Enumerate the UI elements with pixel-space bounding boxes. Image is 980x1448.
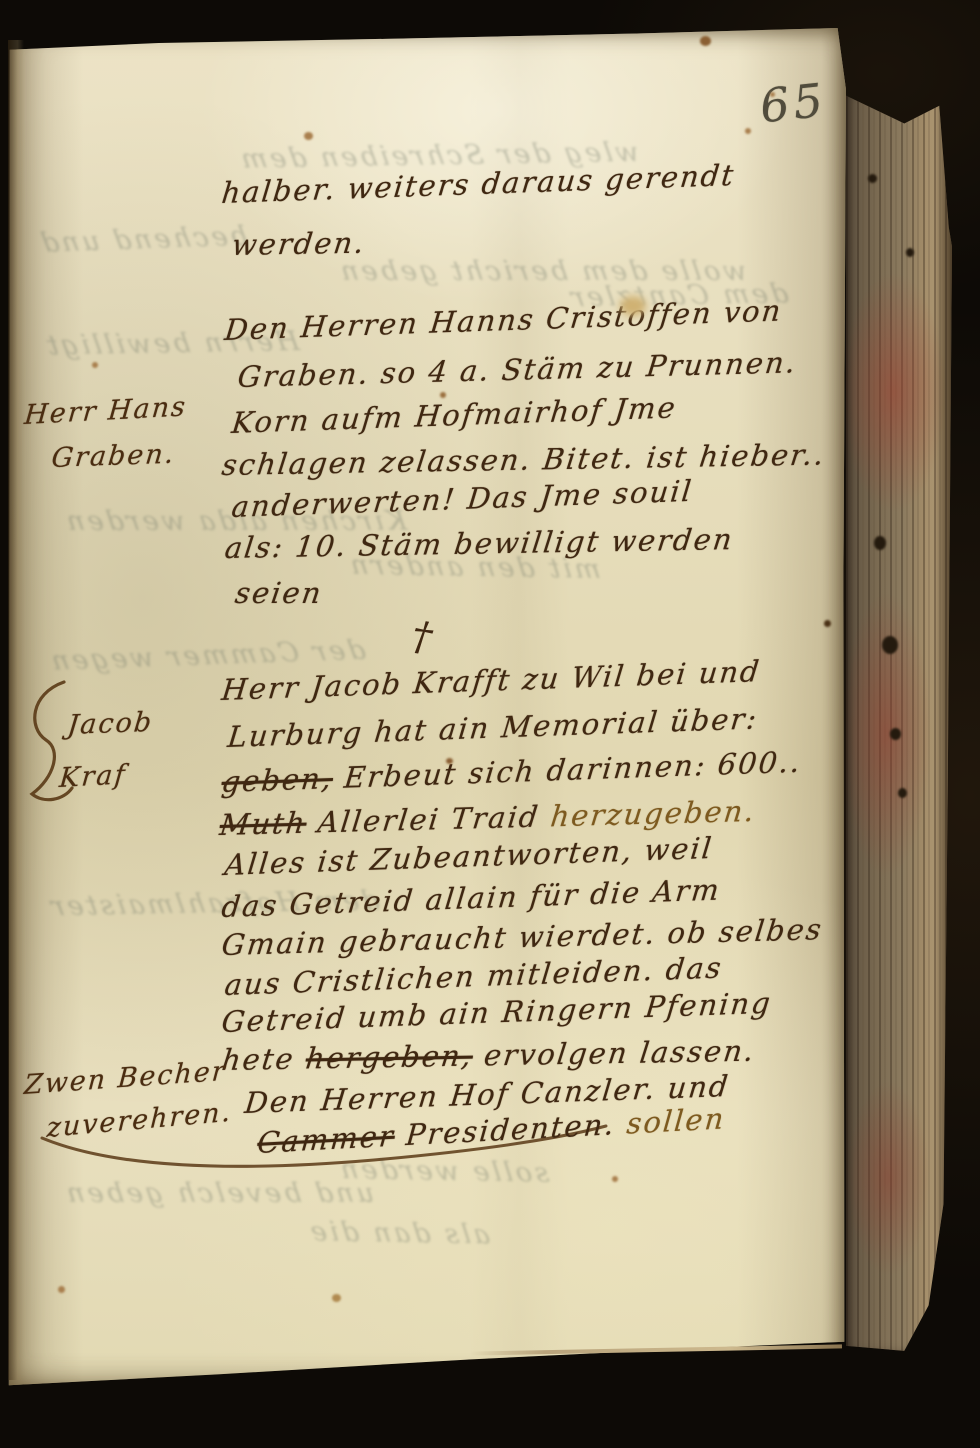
foxing-spot [92,362,98,368]
text-line: Herr Jacob Krafft zu Wil bei und [220,654,763,707]
text-line: Lurburg hat ain Memorial über: [226,701,760,754]
text-line: werden. [230,226,368,262]
margin-note-line: Zwen Becher [23,1056,228,1101]
ghost-text-line: als dan die [306,1216,492,1250]
text-line: geben, Erbeut sich darinnen: 600.. [220,745,803,799]
insertion-cross-mark: † [409,613,435,661]
text-line: Graben. so 4 a. Stäm zu Prunnen. [236,345,799,394]
text-segment: Allerlei Traid [305,799,553,840]
fore-edge-spot [906,248,914,257]
foxing-spot [304,132,313,140]
fore-edge-spot [868,174,877,183]
fore-edge-spot [882,636,898,654]
book-fore-edge [846,88,952,1356]
margin-note-line: Jacob [66,707,155,741]
margin-note-line: Kraf [58,759,128,794]
text-line: Korn aufm Hofmairhof Jme [230,390,679,440]
foxing-spot [612,1176,618,1182]
text-segment: hete [220,1041,308,1077]
fore-edge-spot [898,788,907,798]
text-line: Den Herren Hanns Cristoffen von [223,293,784,347]
text-segment: Erbeut sich darinnen: 600.. [331,745,803,796]
foxing-spot [332,1294,341,1302]
fore-edge-spot [890,728,901,740]
foxing-spot [700,36,711,46]
text-segment: ervolgen lassen. [471,1034,758,1073]
light-ink-word: sollen [625,1101,727,1140]
text-line: anderwerten! Das Jme souil [230,474,695,524]
fore-edge-spot [874,536,886,550]
strikethrough-word: hergeben, [304,1039,475,1076]
manuscript-page: 65 wleg der Schreiben dem bechend und wo… [8,28,846,1388]
ghost-text-line: wolle dem bericht geben [336,256,749,287]
foxing-spot [58,1286,65,1293]
strikethrough-word: Muth [218,806,309,842]
ghost-text-line: und bevelch geben [62,1178,376,1209]
foxing-spot [745,128,751,134]
margin-note-line: Graben. [50,439,177,474]
ghost-text-line: bechend und [36,220,250,258]
foxing-spot [440,392,446,398]
margin-swash [24,676,76,816]
text-line: halber. weiters daraus gerendt [220,158,737,210]
text-line: als: 10. Stäm bewilligt werden [223,522,736,565]
strikethrough-word: geben, [220,761,335,799]
text-line: schlagen zelassen. Bitet. ist hieber.. [220,437,828,482]
light-ink-word: herzugeben. [549,794,758,833]
foxing-spot [824,620,831,627]
text-line: seien [233,576,325,610]
folio-number: 65 [757,73,829,134]
margin-note-line: Herr Hans [23,391,188,431]
